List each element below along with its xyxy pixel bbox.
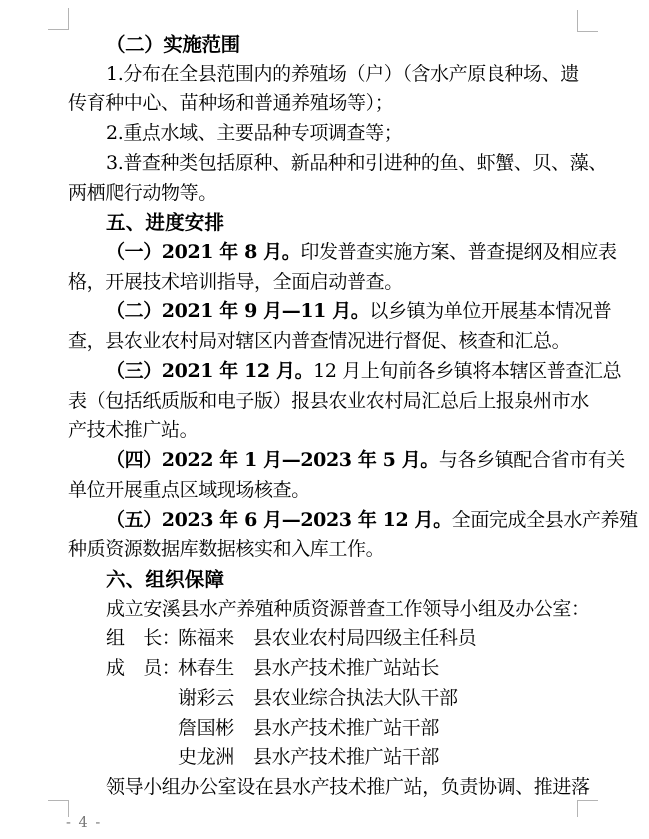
- doc-line: （三）2021 年 12 月。12 月上旬前各乡镇将本辖区普查汇总: [68, 357, 580, 387]
- doc-line-text: 成立安溪县水产养殖种质资源普查工作领导小组及办公室：: [106, 598, 590, 620]
- roster-role: 组 长：: [106, 624, 178, 654]
- doc-line: （二）2021 年 9 月—11 月。以乡镇为单位开展基本情况普: [68, 297, 580, 327]
- roster-row: 谢彩云县农业综合执法大队干部: [68, 684, 580, 714]
- doc-line: 两栖爬行动物等。: [68, 179, 580, 209]
- doc-line: 领导小组办公室设在县水产技术推广站，负责协调、推进落: [68, 773, 580, 803]
- doc-line: 表（包括纸质版和电子版）报县农业农村局汇总后上报泉州市水: [68, 387, 580, 417]
- doc-line: （五）2023 年 6 月—2023 年 12 月。全面完成全县水产养殖: [68, 506, 580, 536]
- section-heading: （二）实施范围: [68, 30, 580, 60]
- section-heading: 六、组织保障: [68, 565, 580, 595]
- doc-line-text: 3.普查种类包括原种、新品种和引进种的鱼、虾蟹、贝、藻、: [106, 152, 607, 174]
- roster-row: 詹国彬县水产技术推广站干部: [68, 714, 580, 744]
- section-heading-text: （二）实施范围: [106, 33, 240, 56]
- doc-line: 单位开展重点区域现场核查。: [68, 476, 580, 506]
- doc-line: 1.分布在全县范围内的养殖场（户）（含水产原良种场、遗: [68, 60, 580, 90]
- roster-org: 县水产技术推广站干部: [253, 746, 439, 768]
- roster-name: 谢彩云: [178, 684, 253, 714]
- doc-line: 产技术推广站。: [68, 416, 580, 446]
- doc-line: 查，县农业农村局对辖区内普查情况进行督促、核查和汇总。: [68, 327, 580, 357]
- roster-name: 陈福来: [178, 624, 253, 654]
- doc-line: 种质资源数据库数据核实和入库工作。: [68, 535, 580, 565]
- section-heading-text: 五、进度安排: [106, 211, 224, 234]
- doc-line-text: 表（包括纸质版和电子版）报县农业农村局汇总后上报泉州市水: [68, 390, 589, 412]
- doc-line-text: 领导小组办公室设在县水产技术推广站，负责协调、推进落: [106, 776, 590, 798]
- doc-line: 格，开展技术培训指导，全面启动普查。: [68, 268, 580, 298]
- doc-line-text: 传育种中心、苗种场和普通养殖场等）；: [68, 92, 393, 114]
- doc-line-bold-segment: （五）2023 年 6 月—2023 年 12 月。: [106, 509, 452, 531]
- section-heading: 五、进度安排: [68, 208, 580, 238]
- doc-line-text: 两栖爬行动物等。: [68, 182, 217, 204]
- doc-line-text: 产技术推广站。: [68, 419, 198, 441]
- doc-line-text: 以乡镇为单位开展基本情况普: [369, 300, 611, 322]
- text-boundary-mark-top-left: [48, 8, 69, 30]
- doc-line-bold-segment: （二）2021 年 9 月—11 月。: [106, 300, 369, 322]
- doc-line-text: 格，开展技术培训指导，全面启动普查。: [68, 271, 403, 293]
- roster-org: 县农业农村局四级主任科员: [253, 627, 476, 649]
- doc-line-bold-segment: （一）2021 年 8 月。: [106, 241, 300, 263]
- roster-org: 县农业综合执法大队干部: [253, 687, 458, 709]
- roster-name: 詹国彬: [178, 714, 253, 744]
- doc-line-text: 2.重点水域、主要品种专项调查等；: [106, 122, 402, 144]
- doc-line-text: 印发普查实施方案、普查提纲及相应表: [300, 241, 616, 263]
- doc-line-text: 种质资源数据库数据核实和入库工作。: [68, 538, 384, 560]
- document-page: （二）实施范围1.分布在全县范围内的养殖场（户）（含水产原良种场、遗传育种中心、…: [0, 0, 649, 839]
- roster-name: 林春生: [178, 654, 253, 684]
- doc-line-text: 全面完成全县水产养殖: [452, 509, 638, 531]
- roster-org: 县水产技术推广站干部: [253, 717, 439, 739]
- roster-row: 组 长：陈福来县农业农村局四级主任科员: [68, 624, 580, 654]
- text-boundary-mark-top-right: [577, 10, 598, 32]
- doc-line-bold-segment: （四）2022 年 1 月—2023 年 5 月。: [106, 449, 439, 471]
- roster-row: 成 员：林春生县水产技术推广站站长: [68, 654, 580, 684]
- doc-line-text: 查，县农业农村局对辖区内普查情况进行督促、核查和汇总。: [68, 330, 570, 352]
- doc-line: （一）2021 年 8 月。印发普查实施方案、普查提纲及相应表: [68, 238, 580, 268]
- document-body: （二）实施范围1.分布在全县范围内的养殖场（户）（含水产原良种场、遗传育种中心、…: [68, 30, 580, 803]
- doc-line: 2.重点水域、主要品种专项调查等；: [68, 119, 580, 149]
- doc-line-bold-segment: （三）2021 年 12 月。: [106, 360, 313, 382]
- doc-line-text: 与各乡镇配合省市有关: [439, 449, 625, 471]
- roster-row: 史龙洲县水产技术推广站干部: [68, 743, 580, 773]
- doc-line-text: 1.分布在全县范围内的养殖场（户）（含水产原良种场、遗: [106, 63, 579, 85]
- section-heading-text: 六、组织保障: [106, 568, 224, 591]
- doc-line: （四）2022 年 1 月—2023 年 5 月。与各乡镇配合省市有关: [68, 446, 580, 476]
- doc-line: 传育种中心、苗种场和普通养殖场等）；: [68, 89, 580, 119]
- roster-org: 县水产技术推广站站长: [253, 657, 439, 679]
- roster-name: 史龙洲: [178, 743, 253, 773]
- doc-line-text: 12 月上旬前各乡镇将本辖区普查汇总: [313, 360, 621, 382]
- roster-role: 成 员：: [106, 654, 178, 684]
- page-number: - 4 -: [66, 815, 102, 831]
- doc-line: 成立安溪县水产养殖种质资源普查工作领导小组及办公室：: [68, 595, 580, 625]
- doc-line: 3.普查种类包括原种、新品种和引进种的鱼、虾蟹、贝、藻、: [68, 149, 580, 179]
- doc-line-text: 单位开展重点区域现场核查。: [68, 479, 310, 501]
